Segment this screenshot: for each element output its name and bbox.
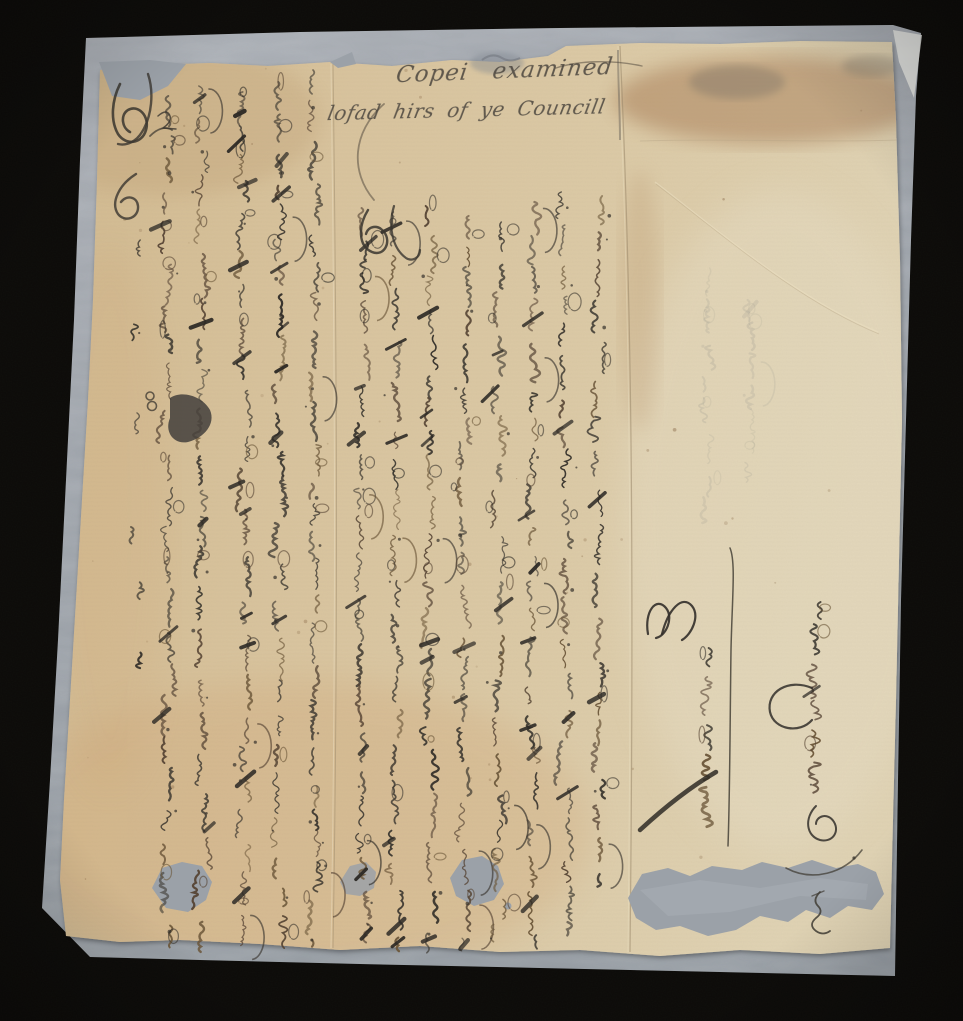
- manuscript-photo: Copei examined lofad hirs of ye Councill: [0, 0, 963, 1021]
- photo-vignette: [0, 0, 963, 1021]
